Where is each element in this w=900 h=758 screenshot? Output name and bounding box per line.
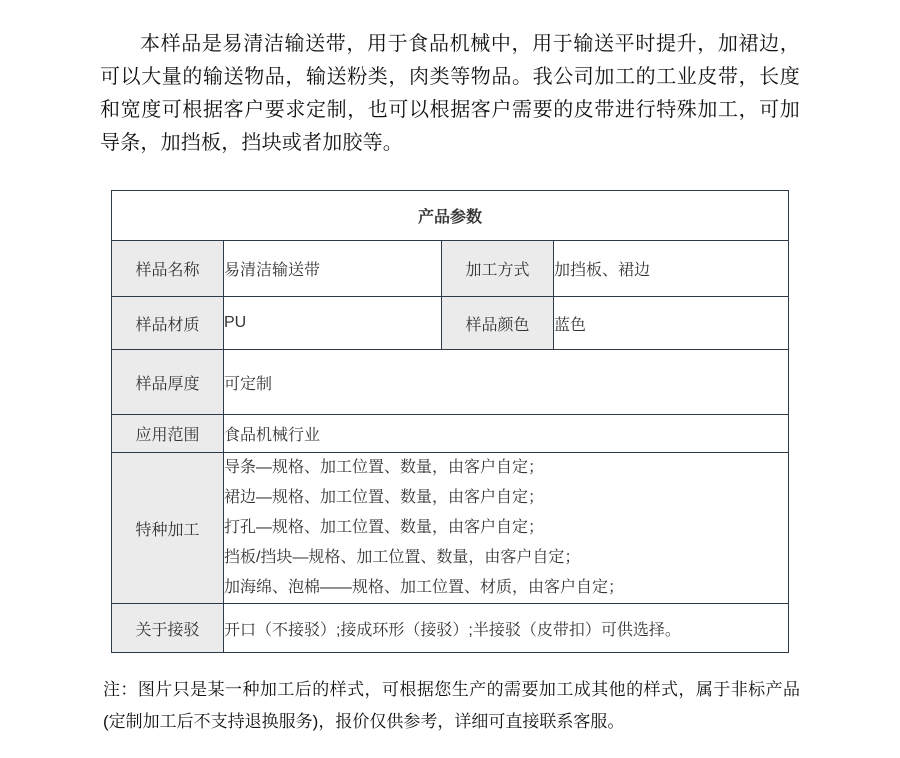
- param-label-sample-color: 样品颜色: [441, 297, 553, 350]
- special-processing-line: 挡板/挡块—规格、加工位置、数量，由客户自定；: [224, 543, 788, 573]
- param-value-special-processing: 导条—规格、加工位置、数量，由客户自定； 裙边—规格、加工位置、数量，由客户自定…: [223, 453, 788, 604]
- param-label-processing-method: 加工方式: [441, 241, 553, 297]
- table-row-joint: 关于接驳 开口（不接驳）;接成环形（接驳）;半接驳（皮带扣）可供选择。: [111, 604, 788, 653]
- param-value-sample-thickness: 可定制: [223, 350, 788, 415]
- special-processing-line: 导条—规格、加工位置、数量，由客户自定；: [224, 453, 788, 483]
- table-row-thickness: 样品厚度 可定制: [111, 350, 788, 415]
- table-title-row: 产品参数: [111, 191, 788, 241]
- footnote: 注：图片只是某一种加工后的样式，可根据您生产的需要加工成其他的样式，属于非标产品…: [103, 674, 800, 738]
- table-row-application-range: 应用范围 食品机械行业: [111, 415, 788, 453]
- special-processing-line: 裙边—规格、加工位置、数量，由客户自定；: [224, 483, 788, 513]
- intro-paragraph: 本样品是易清洁输送带，用于食品机械中，用于输送平时提升，加裙边，可以大量的输送物…: [100, 20, 800, 160]
- param-value-joint: 开口（不接驳）;接成环形（接驳）;半接驳（皮带扣）可供选择。: [223, 604, 788, 653]
- special-processing-line: 打孔—规格、加工位置、数量，由客户自定；: [224, 513, 788, 543]
- param-value-processing-method: 加挡板、裙边: [553, 241, 788, 297]
- param-value-sample-material: PU: [223, 297, 441, 350]
- param-label-sample-thickness: 样品厚度: [111, 350, 223, 415]
- param-value-application-range: 食品机械行业: [223, 415, 788, 453]
- table-row-name-method: 样品名称 易清洁输送带 加工方式 加挡板、裙边: [111, 241, 788, 297]
- table-row-special-processing: 特种加工 导条—规格、加工位置、数量，由客户自定； 裙边—规格、加工位置、数量，…: [111, 453, 788, 604]
- param-label-joint: 关于接驳: [111, 604, 223, 653]
- param-label-special-processing: 特种加工: [111, 453, 223, 604]
- param-label-sample-name: 样品名称: [111, 241, 223, 297]
- param-label-sample-material: 样品材质: [111, 297, 223, 350]
- param-value-sample-name: 易清洁输送带: [223, 241, 441, 297]
- table-title: 产品参数: [111, 191, 788, 241]
- product-params-table: 产品参数 样品名称 易清洁输送带 加工方式 加挡板、裙边 样品材质 PU 样品颜…: [111, 190, 789, 653]
- page-content: 本样品是易清洁输送带，用于食品机械中，用于输送平时提升，加裙边，可以大量的输送物…: [100, 20, 800, 738]
- special-processing-line: 加海绵、泡棉——规格、加工位置、材质，由客户自定；: [224, 573, 788, 603]
- param-value-sample-color: 蓝色: [553, 297, 788, 350]
- table-row-material-color: 样品材质 PU 样品颜色 蓝色: [111, 297, 788, 350]
- param-label-application-range: 应用范围: [111, 415, 223, 453]
